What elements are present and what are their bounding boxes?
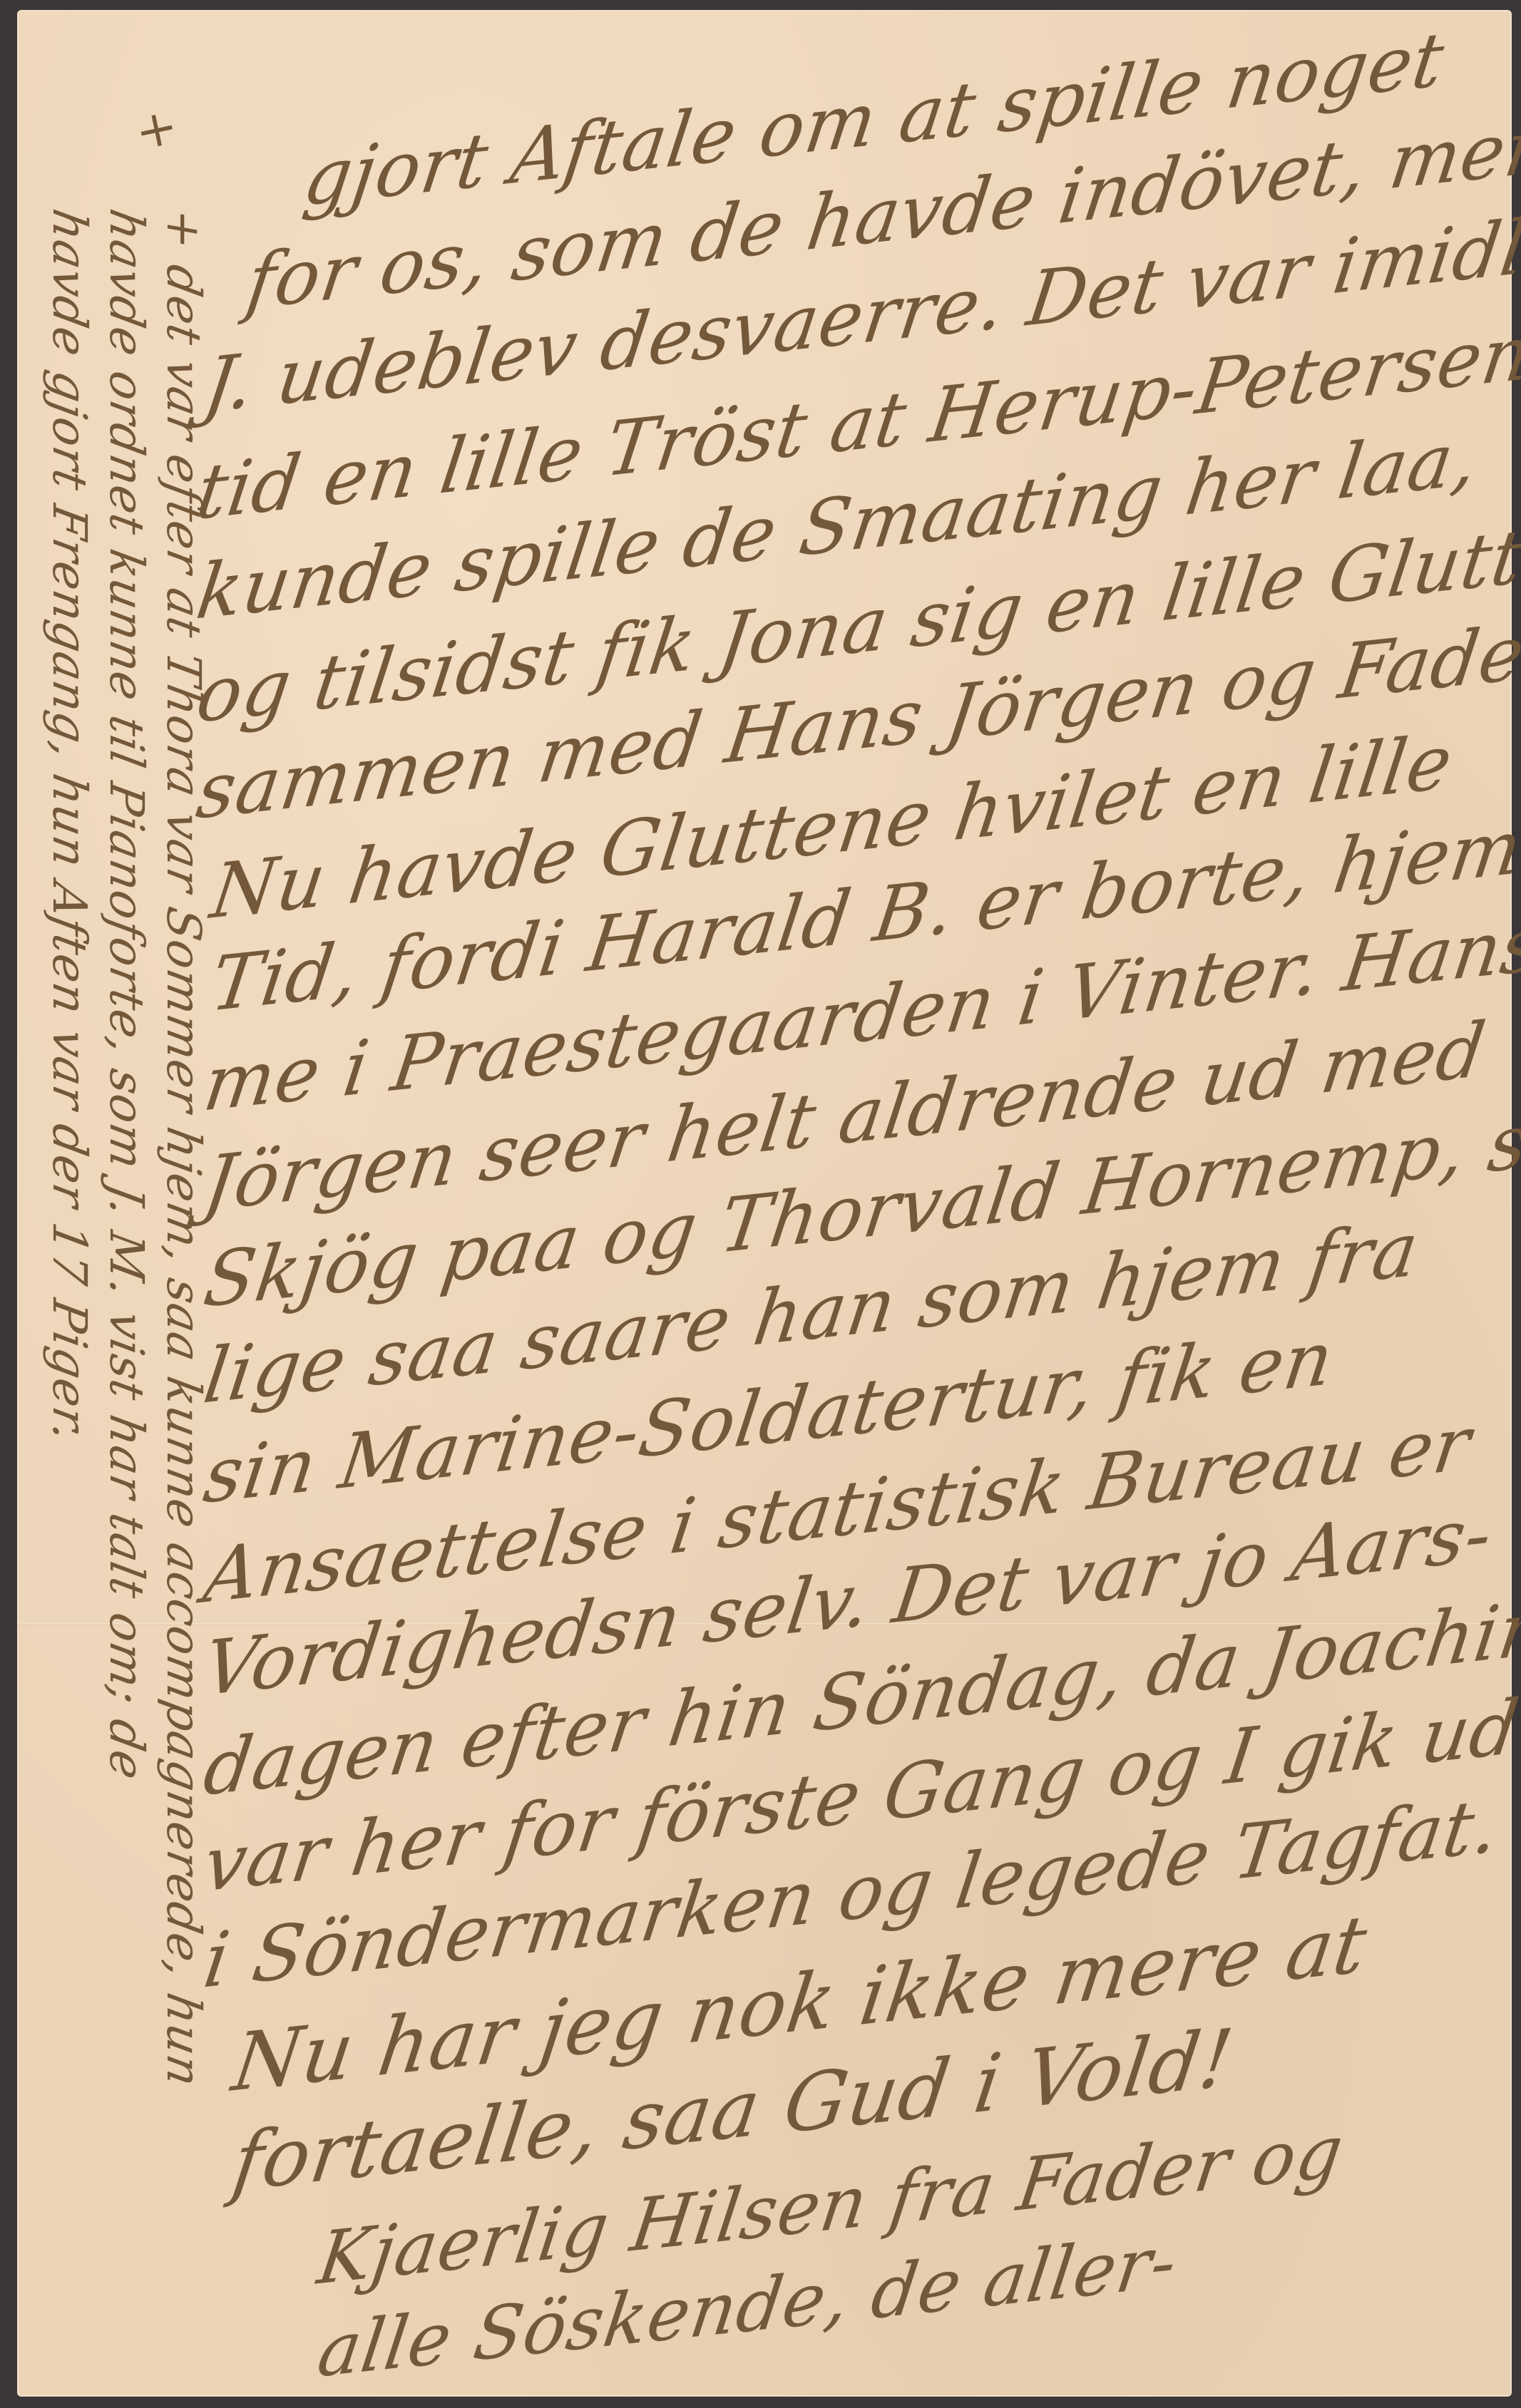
margin-note-line: + det var efter at Thora var Sommer hjem… (160, 205, 207, 2090)
margin-note-line: havde gjort Frengang, hun Aften var der … (46, 205, 93, 1445)
margin-note: + det var efter at Thora var Sommer hjem… (43, 214, 214, 2367)
margin-note-line: havde ordnet kunne til Pianoforte, som J… (103, 205, 150, 1784)
